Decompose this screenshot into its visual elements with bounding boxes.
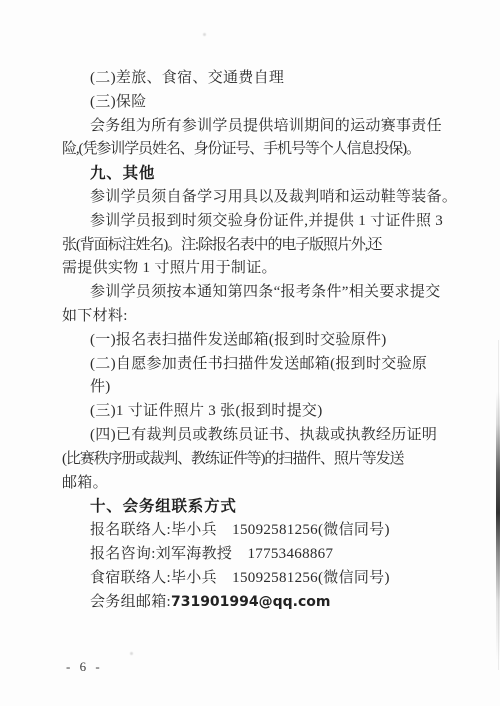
contact-lodging-line: 食宿联络人:毕小兵 15092581256(微信同号) (62, 567, 482, 591)
document-body: (二)差旅、食宿、交通费自理 (三)保险 会务组为所有参训学员提供培训期间的运动… (62, 67, 482, 614)
doc-line: 邮箱。 (62, 472, 482, 496)
contact-consult-line: 报名咨询:刘军海教授 17753468867 (62, 543, 482, 567)
doc-line: (四)已有裁判员或教练员证书、执裁或执教经历证明 (62, 424, 482, 448)
doc-line: (三)保险 (62, 91, 482, 115)
doc-line: 参训学员报到时须交验身份证件,并提供 1 寸证件照 3 (62, 210, 482, 234)
doc-line: 参训学员须按本通知第四条“报考条件”相关要求提交 (62, 281, 482, 305)
contact-email-line: 会务组邮箱:731901994@qq.com (62, 591, 482, 615)
doc-line: 如下材料: (62, 305, 482, 329)
doc-line: 需提供实物 1 寸照片用于制证。 (62, 257, 482, 281)
doc-line: 险,(凭参训学员姓名、身份证号、手机号等个人信息投保)。 (62, 138, 482, 162)
contact-email: 731901994@qq.com (171, 594, 331, 610)
doc-line: (一)报名表扫描件发送邮箱(报到时交验原件) (62, 329, 482, 353)
scan-speck (130, 652, 133, 655)
scan-edge-smudge (496, 392, 500, 660)
scan-speck (203, 33, 206, 36)
contact-registration-line: 报名联络人:毕小兵 15092581256(微信同号) (62, 519, 482, 543)
doc-line: 参训学员须自备学习用具以及裁判哨和运动鞋等装备。 (62, 186, 482, 210)
doc-line: (三)1 寸证件照片 3 张(报到时提交) (62, 400, 482, 424)
document-page: (二)差旅、食宿、交通费自理 (三)保险 会务组为所有参训学员提供培训期间的运动… (0, 0, 500, 706)
page-number: - 6 - (66, 659, 103, 675)
doc-line: (比赛秩序册或裁判、教练证件等)的扫描件、照片等发送 (62, 448, 482, 472)
section-heading-ten: 十、会务组联系方式 (62, 495, 482, 519)
doc-line: (二)差旅、食宿、交通费自理 (62, 67, 482, 91)
doc-line: (二)自愿参加责任书扫描件发送邮箱(报到时交验原 (62, 353, 482, 377)
contact-email-label: 会务组邮箱: (90, 594, 171, 610)
doc-line: 会务组为所有参训学员提供培训期间的运动赛事责任 (62, 115, 482, 139)
doc-line: 张(背面标注姓名)。注:除报名表中的电子版照片外,还 (62, 234, 482, 258)
doc-line: 件) (62, 376, 482, 400)
section-heading-nine: 九、其他 (62, 162, 482, 186)
